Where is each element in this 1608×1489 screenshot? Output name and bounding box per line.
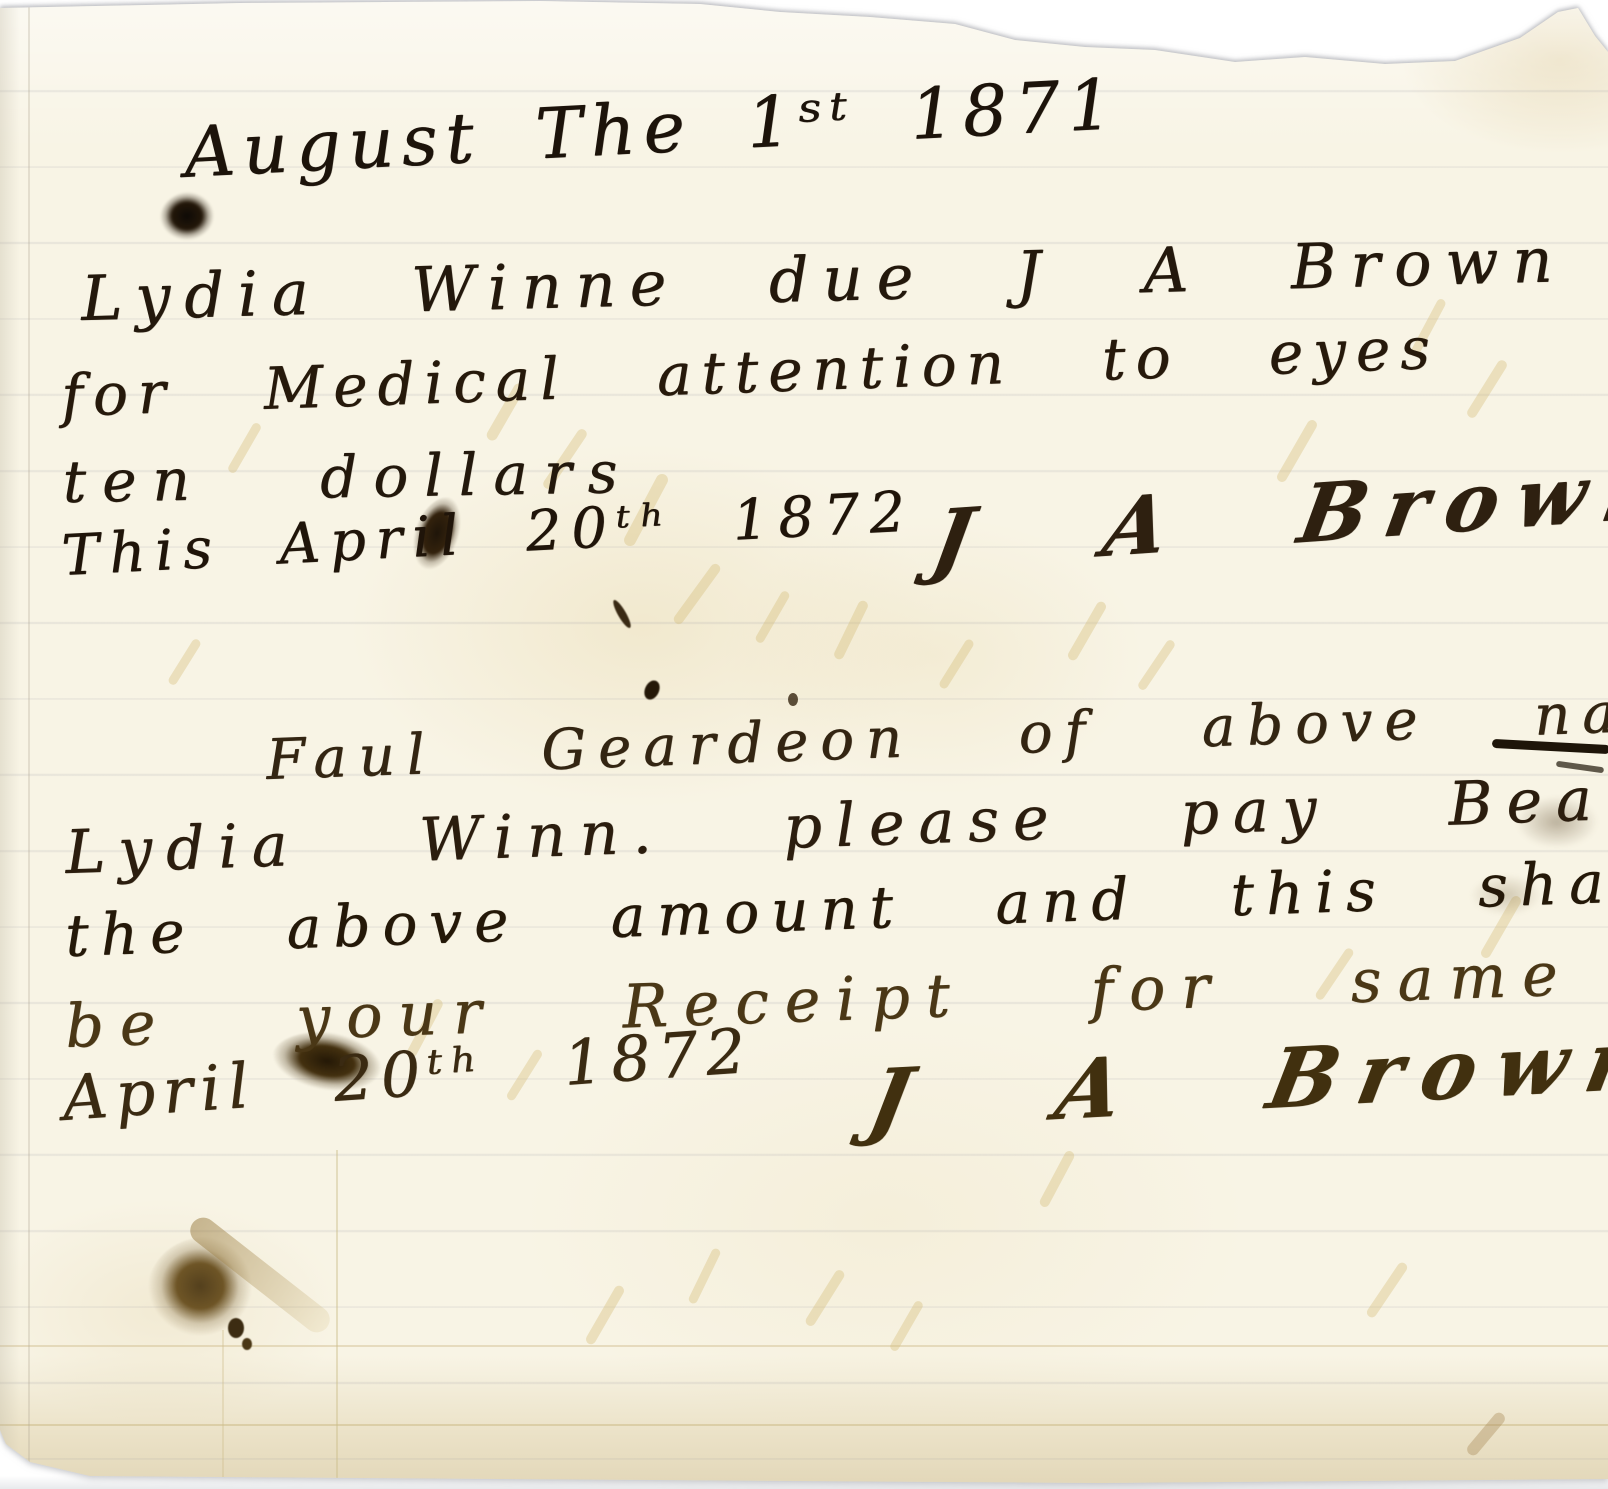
crease-line [28,0,30,1480]
paper-surface: August The 1ˢᵗ 1871 Lydia Winne due J A … [0,0,1608,1489]
fold-line [0,1424,1608,1426]
left-edge-shadow [0,0,20,1489]
crease-line [222,1330,224,1480]
ink-speck [788,693,798,706]
document-scan: August The 1ˢᵗ 1871 Lydia Winne due J A … [0,0,1608,1489]
ink-speck [228,1318,244,1338]
paper-sheet: August The 1ˢᵗ 1871 Lydia Winne due J A … [0,0,1608,1489]
ink-speck [242,1338,252,1350]
crease-line [336,1150,338,1485]
